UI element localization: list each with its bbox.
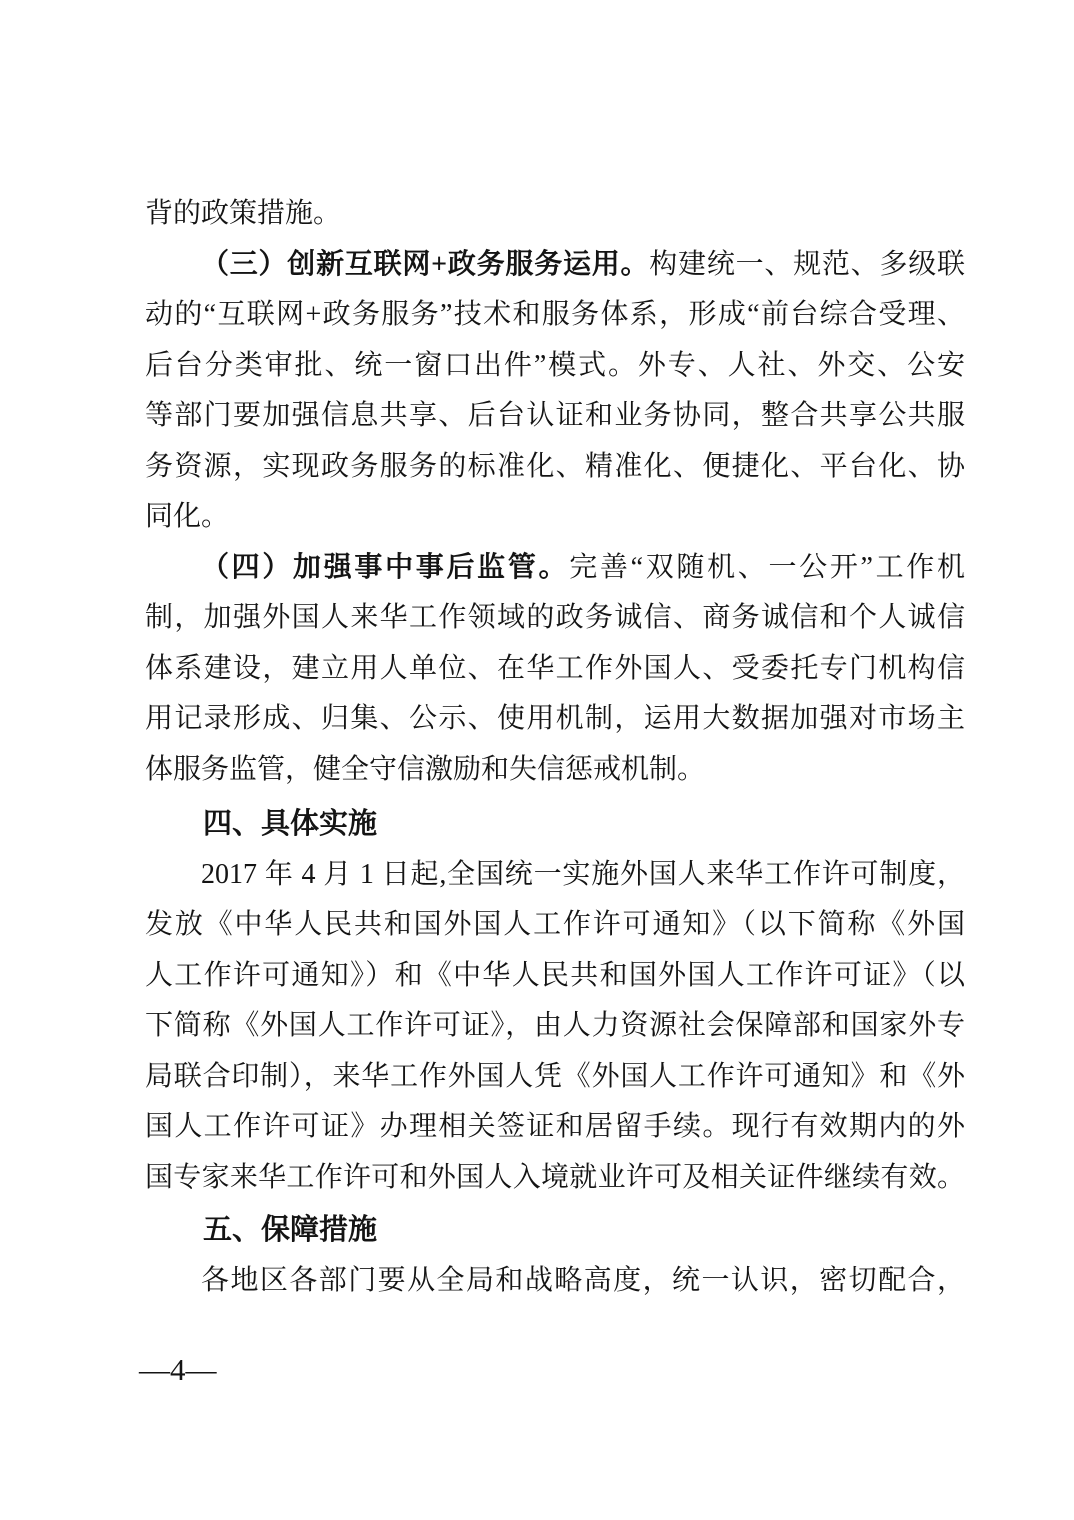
text-line-text: 体服务监管，健全守信激励和失信惩戒机制。 [145,754,705,785]
section-heading-text: 四、具体实施 [203,808,377,840]
text-line: 制，加强外国人来华工作领域的政务诚信、商务诚信和个人诚信 [145,593,965,644]
text-line: 用记录形成、归集、公示、使用机制，运用大数据加强对市场主 [145,694,965,745]
text-line: 体服务监管，健全守信激励和失信惩戒机制。 [145,745,965,796]
text-line: 体系建设，建立用人单位、在华工作外国人、受委托专门机构信 [145,644,965,695]
text-line: 后台分类审批、统一窗口出件”模式。外专、人社、外交、公安 [145,341,965,392]
text-line: 各地区各部门要从全局和战略高度，统一认识，密切配合， [145,1256,965,1307]
text-line: 下简称《外国人工作许可证》，由人力资源社会保障部和国家外专 [145,1001,965,1052]
section-heading-text: 五、保障措施 [203,1214,377,1246]
text-line-text: 国人工作许可证》办理相关签证和居留手续。现行有效期内的外 [145,1111,965,1142]
text-line-text: 后台分类审批、统一窗口出件”模式。外专、人社、外交、公安 [145,350,965,381]
text-line: 发放《中华人民共和国外国人工作许可通知》（以下简称《外国 [145,900,965,951]
text-line-text: 完善“双随机、一公开”工作机 [569,552,965,583]
section-heading-4: 四、具体实施 [145,799,965,850]
text-line-text: 用记录形成、归集、公示、使用机制，运用大数据加强对市场主 [145,703,965,734]
section-heading-5: 五、保障措施 [145,1205,965,1256]
page-number: —4— [139,1350,217,1390]
bold-lead: （四）加强事中事后监管。 [201,552,569,583]
text-line-text: 制，加强外国人来华工作领域的政务诚信、商务诚信和个人诚信 [145,602,965,633]
text-line: （四）加强事中事后监管。完善“双随机、一公开”工作机 [145,543,965,594]
text-line: 动的“互联网+政务服务”技术和服务体系，形成“前台综合受理、 [145,290,965,341]
text-line: 同化。 [145,492,965,543]
text-line: 国专家来华工作许可和外国人入境就业许可及相关证件继续有效。 [145,1153,965,1204]
text-line-text: 构建统一、规范、多级联 [649,249,965,280]
text-line: 背的政策措施。 [145,189,965,240]
text-line-text: 背的政策措施。 [145,198,341,229]
text-line: 务资源，实现政务服务的标准化、精准化、便捷化、平台化、协 [145,442,965,493]
text-line-text: 国专家来华工作许可和外国人入境就业许可及相关证件继续有效。 [145,1162,965,1193]
bold-lead: （三）创新互联网+政务服务运用。 [201,249,649,280]
text-line: 国人工作许可证》办理相关签证和居留手续。现行有效期内的外 [145,1102,965,1153]
text-line-text: 发放《中华人民共和国外国人工作许可通知》（以下简称《外国 [145,909,965,940]
text-line-text: 动的“互联网+政务服务”技术和服务体系，形成“前台综合受理、 [145,299,965,330]
text-line-text: 等部门要加强信息共享、后台认证和业务协同，整合共享公共服 [145,400,965,431]
text-line-text: 人工作许可通知》）和《中华人民共和国外国人工作许可证》（以 [145,960,965,991]
text-line: （三）创新互联网+政务服务运用。构建统一、规范、多级联 [145,240,965,291]
text-line-text: 局联合印制），来华工作外国人凭《外国人工作许可通知》和《外 [145,1061,965,1092]
text-line-text: 体系建设，建立用人单位、在华工作外国人、受委托专门机构信 [145,653,965,684]
text-line-text: 各地区各部门要从全局和战略高度，统一认识，密切配合， [201,1265,965,1296]
text-line-text: 下简称《外国人工作许可证》，由人力资源社会保障部和国家外专 [145,1010,965,1041]
text-line-text: 同化。 [145,501,229,532]
document-body: 背的政策措施。 （三）创新互联网+政务服务运用。构建统一、规范、多级联 动的“互… [145,189,965,1306]
text-line-text: 2017 年 4 月 1 日起,全国统一实施外国人来华工作许可制度， [201,859,965,890]
document-page: 背的政策措施。 （三）创新互联网+政务服务运用。构建统一、规范、多级联 动的“互… [0,0,1074,1520]
text-line-text: 务资源，实现政务服务的标准化、精准化、便捷化、平台化、协 [145,451,965,482]
text-line: 局联合印制），来华工作外国人凭《外国人工作许可通知》和《外 [145,1052,965,1103]
text-line: 2017 年 4 月 1 日起,全国统一实施外国人来华工作许可制度， [145,850,965,901]
text-line: 等部门要加强信息共享、后台认证和业务协同，整合共享公共服 [145,391,965,442]
text-line: 人工作许可通知》）和《中华人民共和国外国人工作许可证》（以 [145,951,965,1002]
